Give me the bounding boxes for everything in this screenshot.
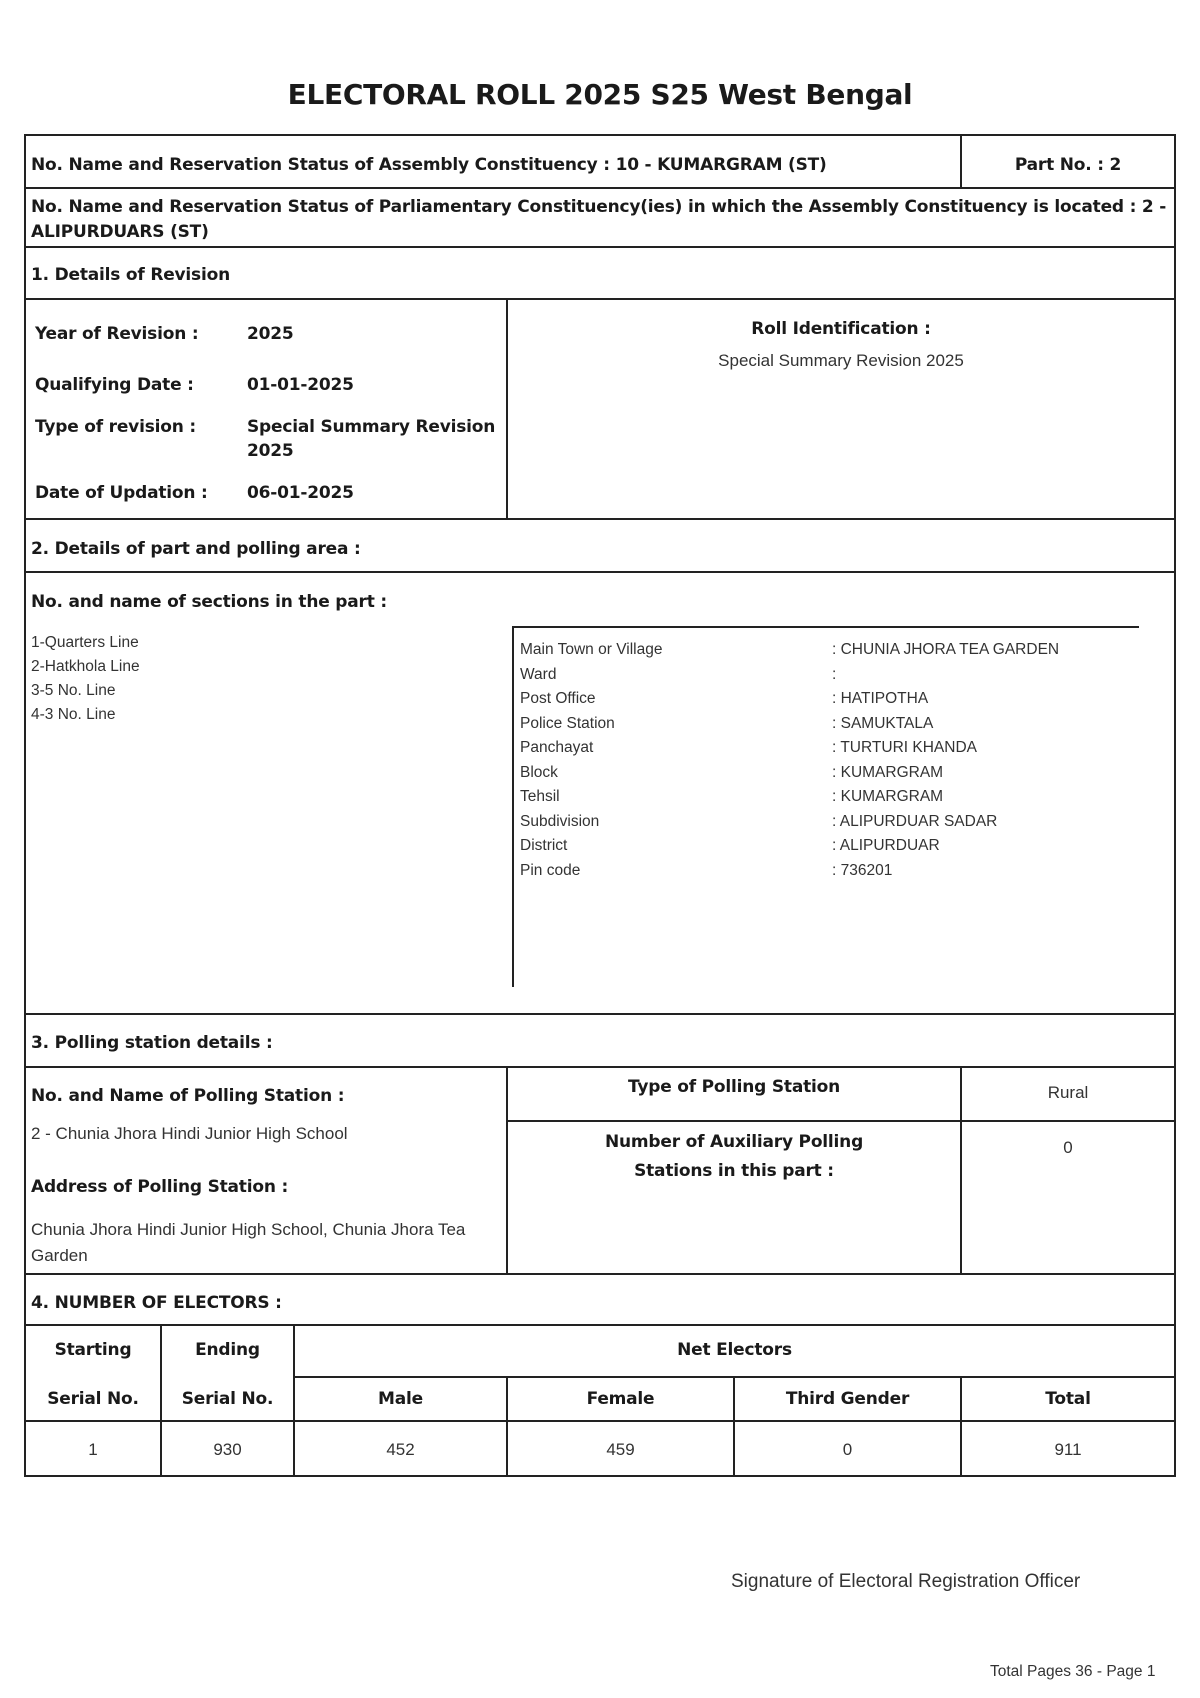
section-item: 4-3 No. Line [31, 706, 115, 724]
section-item: 1-Quarters Line [31, 634, 139, 652]
assembly-constituency: No. Name and Reservation Status of Assem… [31, 155, 827, 175]
table-left-border [24, 134, 26, 1477]
detail-district: District: ALIPURDUAR [520, 837, 1140, 862]
detail-ward: Ward: [520, 666, 1140, 691]
detail-police-station: Police Station: SAMUKTALA [520, 715, 1140, 740]
header-female: Female [508, 1389, 733, 1409]
polling-station-address-line1: Chunia Jhora Hindi Junior High School, C… [31, 1220, 465, 1240]
detail-subdivision: Subdivision: ALIPURDUAR SADAR [520, 813, 1140, 838]
divider [24, 187, 1176, 189]
polling-station-name: 2 - Chunia Jhora Hindi Junior High Schoo… [31, 1124, 348, 1144]
polling-station-type-value: Rural [962, 1083, 1174, 1103]
divider [24, 246, 1176, 248]
header-net-electors: Net Electors [295, 1340, 1174, 1360]
divider [24, 571, 1176, 573]
cell-ending-serial: 930 [162, 1440, 293, 1460]
roll-identification-value: Special Summary Revision 2025 [508, 351, 1174, 371]
section-polling-title: 3. Polling station details : [31, 1033, 273, 1053]
polling-station-type-label: Type of Polling Station [508, 1077, 960, 1097]
date-of-updation-label: Date of Updation : [35, 483, 208, 503]
table-bottom-border [24, 1475, 1176, 1477]
qualifying-date-label: Qualifying Date : [35, 375, 194, 395]
section-item: 2-Hatkhola Line [31, 658, 140, 676]
detail-tehsil: Tehsil: KUMARGRAM [520, 788, 1140, 813]
divider [24, 298, 1176, 300]
auxiliary-stations-value: 0 [962, 1138, 1174, 1158]
type-of-revision-value-line2: 2025 [247, 441, 294, 461]
auxiliary-stations-label-line1: Number of Auxiliary Polling [508, 1132, 960, 1152]
section-electors-title: 4. NUMBER OF ELECTORS : [31, 1293, 282, 1313]
divider [24, 1324, 1176, 1326]
cell-female: 459 [508, 1440, 733, 1460]
divider [24, 1273, 1176, 1275]
detail-post-office: Post Office: HATIPOTHA [520, 690, 1140, 715]
cell-third-gender: 0 [735, 1440, 960, 1460]
detail-block: Block: KUMARGRAM [520, 764, 1140, 789]
header-male: Male [295, 1389, 506, 1409]
signature-label: Signature of Electoral Registration Offi… [731, 1571, 1080, 1593]
polling-station-name-label: No. and Name of Polling Station : [31, 1086, 344, 1106]
year-of-revision-label: Year of Revision : [35, 324, 198, 344]
cell-starting-serial: 1 [26, 1440, 160, 1460]
type-of-revision-value-line1: Special Summary Revision [247, 417, 495, 437]
page-footer: Total Pages 36 - Page 1 [990, 1663, 1155, 1681]
qualifying-date-value: 01-01-2025 [247, 375, 354, 395]
detail-panchayat: Panchayat: TURTURI KHANDA [520, 739, 1140, 764]
header-total: Total [962, 1389, 1174, 1409]
auxiliary-stations-label-line2: Stations in this part : [508, 1161, 960, 1181]
document-title: ELECTORAL ROLL 2025 S25 West Bengal [0, 78, 1200, 111]
polling-station-address-line2: Garden [31, 1246, 88, 1266]
date-of-updation-value: 06-01-2025 [247, 483, 354, 503]
detail-main-town: Main Town or Village: CHUNIA JHORA TEA G… [520, 641, 1140, 666]
year-of-revision-value: 2025 [247, 324, 294, 344]
parliamentary-constituency-line2: ALIPURDUARS (ST) [31, 222, 209, 242]
cell-male: 452 [295, 1440, 506, 1460]
roll-identification-label: Roll Identification : [508, 319, 1174, 339]
sections-title: No. and name of sections in the part : [31, 592, 387, 612]
parliamentary-constituency-line1: No. Name and Reservation Status of Parli… [31, 197, 1166, 217]
table-right-border [1174, 134, 1176, 1477]
header-starting-serial-line1: Starting [26, 1340, 160, 1360]
section-part-area-title: 2. Details of part and polling area : [31, 539, 361, 559]
part-number: Part No. : 2 [962, 155, 1174, 175]
divider [24, 1420, 1176, 1422]
polling-station-address-label: Address of Polling Station : [31, 1177, 288, 1197]
header-third-gender: Third Gender [735, 1389, 960, 1409]
table-top-border [24, 134, 1176, 136]
detail-pin-code: Pin code: 736201 [520, 862, 1140, 887]
divider [293, 1376, 1176, 1378]
divider [506, 1120, 1176, 1122]
divider [24, 518, 1176, 520]
details-box-top [512, 626, 1139, 628]
header-starting-serial-line2: Serial No. [26, 1389, 160, 1409]
section-item: 3-5 No. Line [31, 682, 115, 700]
cell-total: 911 [962, 1440, 1174, 1460]
divider [24, 1013, 1176, 1015]
details-box-left [512, 626, 514, 987]
header-ending-serial-line2: Serial No. [162, 1389, 293, 1409]
type-of-revision-label: Type of revision : [35, 417, 196, 437]
divider [24, 1066, 1176, 1068]
section-revision-title: 1. Details of Revision [31, 265, 230, 285]
header-ending-serial-line1: Ending [162, 1340, 293, 1360]
